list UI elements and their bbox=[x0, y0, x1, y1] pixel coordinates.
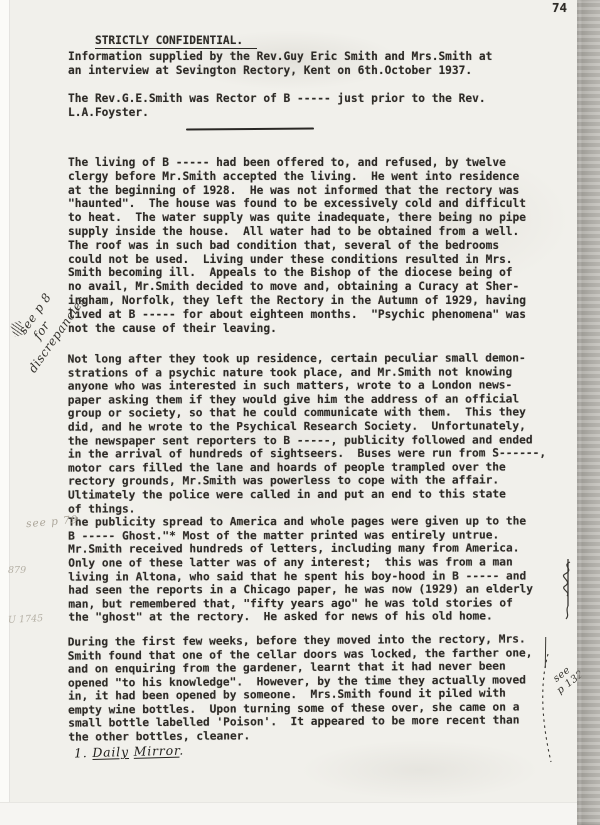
text-line: did, and he wrote to the Psychical Resea… bbox=[68, 419, 546, 434]
text-line: Not long after they took up residence, c… bbox=[68, 351, 546, 366]
text-line: had seen the reports in a Chicago paper,… bbox=[68, 582, 546, 597]
text-line: L.A.Foyster. bbox=[68, 106, 486, 120]
intro-paragraph-2: The Rev.G.E.Smith was Rector of B ----- … bbox=[68, 92, 486, 120]
footnote-suffix: . bbox=[179, 743, 184, 758]
text-line: motor cars filled the lane and hoards of… bbox=[68, 460, 546, 475]
section-divider bbox=[186, 128, 314, 131]
margin-mark-879: 879 bbox=[8, 565, 26, 576]
text-line: ingham, Norfolk, they left the Rectory i… bbox=[68, 294, 526, 308]
text-line: The publicity spread to America and whol… bbox=[68, 514, 546, 529]
text-line: no avail, Mr.Smith decided to move and, … bbox=[68, 280, 526, 294]
text-line: The living of B ----- had been offered t… bbox=[68, 156, 526, 170]
text-line: at the beginning of 1928. He was not inf… bbox=[68, 184, 526, 198]
text-line: "haunted". The house was found to be exc… bbox=[68, 197, 526, 211]
text-line: the "ghost" at the rectory. He asked for… bbox=[68, 610, 546, 625]
footnote-word-mirror: Mirror bbox=[133, 743, 179, 759]
heading-title: STRICTLY CONFIDENTIAL. bbox=[95, 34, 257, 50]
text-line: supply inside the house. All water had t… bbox=[68, 225, 526, 239]
document-page: 74 STRICTLY CONFIDENTIAL. Information su… bbox=[0, 0, 600, 825]
text-line: the newspaper sent reporters to B -----,… bbox=[68, 433, 546, 448]
intro-paragraph-1: Information supplied by the Rev.Guy Eric… bbox=[68, 50, 492, 78]
text-line: Only one of these latter was of any inte… bbox=[68, 555, 546, 570]
body-paragraph-1: The living of B ----- had been offered t… bbox=[68, 156, 526, 335]
text-line: The roof was in such bad condition that,… bbox=[68, 239, 526, 253]
left-page-edge bbox=[0, 0, 10, 825]
footnote-prefix: 1. bbox=[74, 745, 93, 760]
text-line: strations of a psychic nature took place… bbox=[68, 365, 546, 380]
text-line: group or society, so that he could commu… bbox=[68, 406, 546, 421]
scan-stain bbox=[300, 740, 540, 800]
text-line: Smith becoming ill. Appeals to the Bisho… bbox=[68, 266, 526, 280]
text-line: Mr.Smith received hundreds of letters, i… bbox=[68, 542, 546, 557]
text-line: B ----- Ghost."* Most of the matter prin… bbox=[68, 528, 546, 543]
text-line: of things. bbox=[68, 501, 546, 516]
text-line: an interview at Sevington Rectory, Kent … bbox=[68, 64, 492, 78]
text-line: living in Altona, who said that he spent… bbox=[68, 569, 546, 584]
text-line: in the arrival of hundreds of sightseers… bbox=[68, 447, 546, 462]
text-line: Ultimately the police were called in and… bbox=[68, 487, 546, 502]
text-line: the other bottles, cleaner. bbox=[68, 727, 533, 744]
text-line: Information supplied by the Rev.Guy Eric… bbox=[68, 50, 492, 64]
page-number: 74 bbox=[552, 1, 567, 15]
margin-mark-u1745: U 1745 bbox=[8, 613, 44, 626]
text-line: The Rev.G.E.Smith was Rector of B ----- … bbox=[68, 92, 486, 106]
text-line: could not be used. Living under these co… bbox=[68, 253, 526, 267]
text-line: rectory grounds, Mr.Smith was powerless … bbox=[68, 474, 546, 489]
text-line: clergy before Mr.Smith accepted the livi… bbox=[68, 170, 526, 184]
body-paragraph-2: Not long after they took up residence, c… bbox=[68, 351, 547, 624]
text-line: lived at B ----- for about eighteen mont… bbox=[68, 308, 526, 322]
footnote-word-daily: Daily bbox=[92, 744, 129, 760]
body-paragraph-3: During the first few weeks, before they … bbox=[68, 632, 533, 744]
text-line: not the cause of their leaving. bbox=[68, 322, 526, 336]
text-line: anyone who was interested in such matter… bbox=[68, 379, 546, 394]
text-line: paper asking them if they would give him… bbox=[68, 392, 546, 407]
text-line: man, but remembered that, "fifty years a… bbox=[68, 596, 546, 611]
text-line: to heat. The water supply was quite inad… bbox=[68, 211, 526, 225]
bottom-page-edge bbox=[0, 802, 577, 825]
right-page-edge bbox=[577, 0, 600, 825]
handwritten-footnote: 1. Daily Mirror. bbox=[74, 743, 184, 761]
